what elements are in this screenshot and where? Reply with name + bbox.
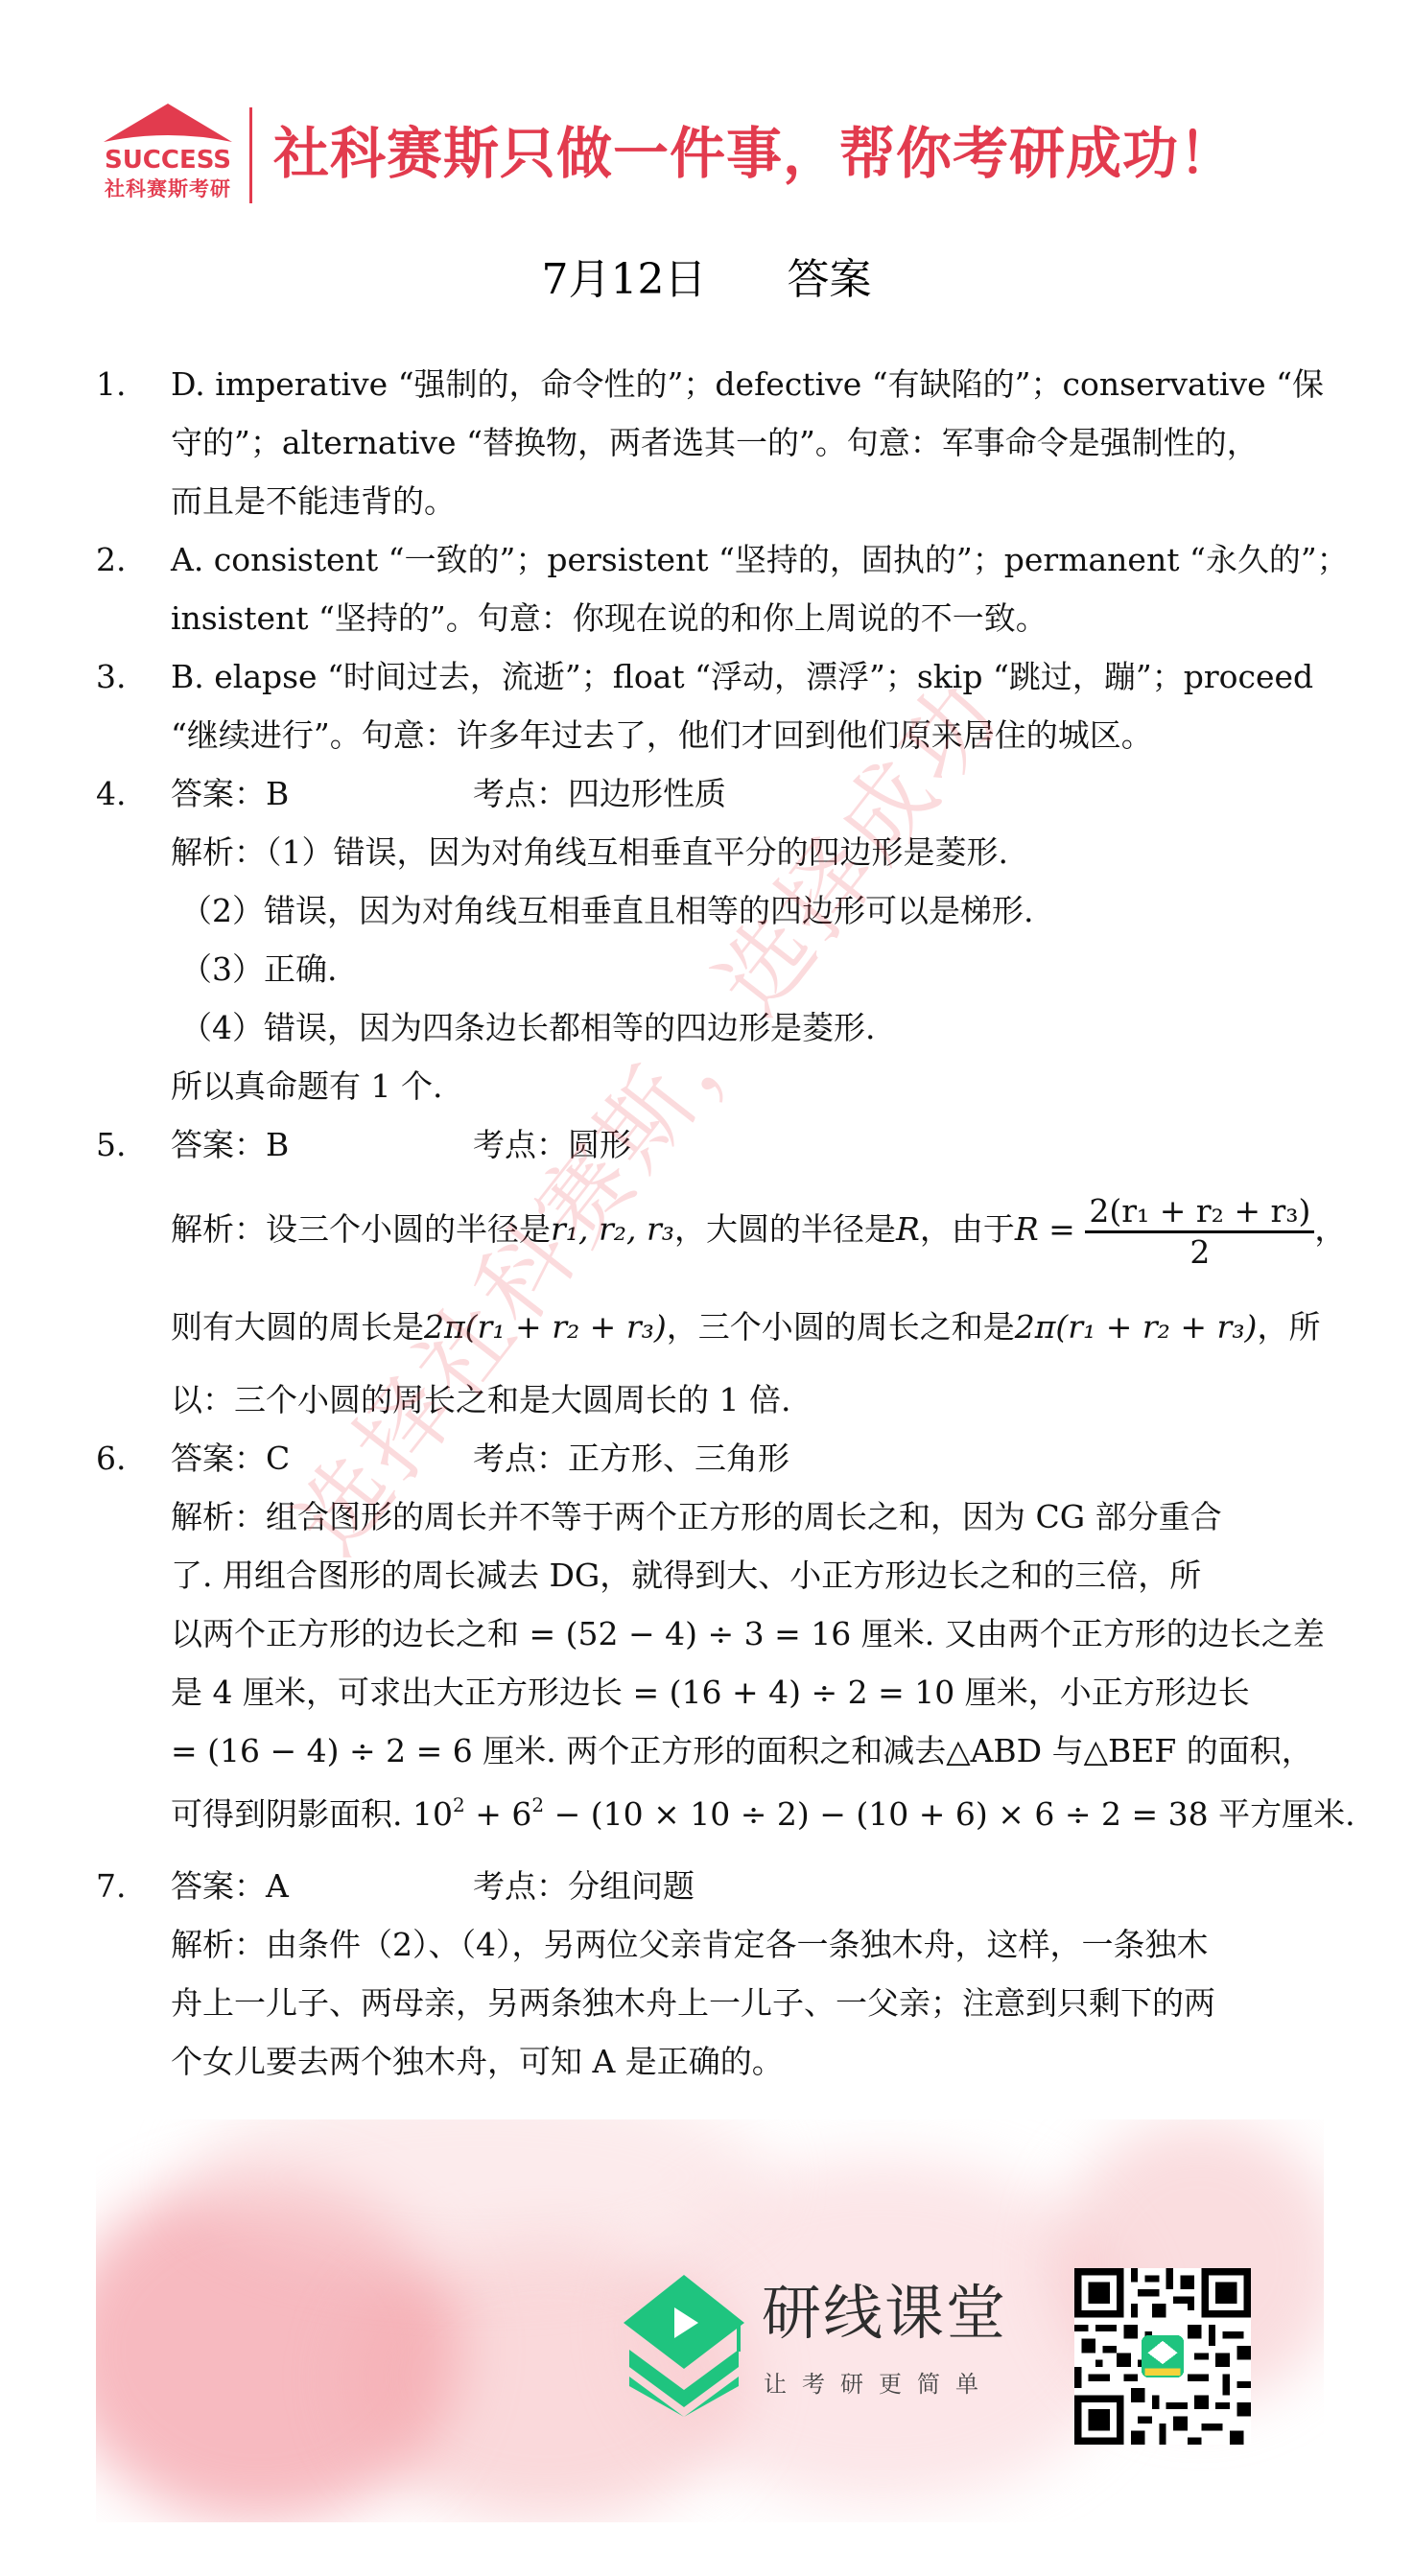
item-number: 6. bbox=[96, 1429, 127, 1487]
fraction-denominator: 2 bbox=[1085, 1233, 1314, 1272]
answer-choice: 答案：B bbox=[171, 764, 473, 823]
explanation-text: + 6 bbox=[465, 1795, 532, 1833]
explanation-text: （2）错误，因为对角线互相垂直且相等的四边形可以是梯形. bbox=[171, 881, 1329, 940]
explanation-text: 则有大圆的周长是 bbox=[171, 1308, 424, 1346]
explanation-text: （4）错误，因为四条边长都相等的四边形是菱形. bbox=[171, 998, 1329, 1057]
explanation-text: ，由于 bbox=[920, 1210, 1015, 1248]
answer-choice: 答案：A bbox=[171, 1857, 473, 1915]
explanation-text: = (16 − 4) ÷ 2 = 6 厘米. 两个正方形的面积之和减去△ABD … bbox=[171, 1721, 1329, 1780]
answer-header-row: 答案：B 考点：圆形 bbox=[171, 1115, 1329, 1174]
answer-item-4: 4. 答案：B 考点：四边形性质 解析：（1）错误，因为对角线互相垂直平分的四边… bbox=[96, 764, 1329, 1115]
answer-choice: 答案：B bbox=[171, 1115, 473, 1174]
math-expression: 2π(r₁ + r₂ + r₃) bbox=[1015, 1308, 1258, 1346]
answer-header-row: 答案：A 考点：分组问题 bbox=[171, 1857, 1329, 1915]
explanation-text: 解析：由条件（2）、（4），另两位父亲肯定各一条独木舟，这样，一条独木 bbox=[171, 1915, 1329, 1974]
explanation-text: ， bbox=[1314, 1210, 1346, 1248]
item-number: 5. bbox=[96, 1115, 127, 1174]
logo-text-en: SUCCESS bbox=[96, 146, 240, 175]
answer-header-row: 答案：B 考点：四边形性质 bbox=[171, 764, 1329, 823]
explanation-text: 所以真命题有 1 个. bbox=[171, 1057, 1329, 1115]
answer-topic: 考点：正方形、三角形 bbox=[473, 1429, 789, 1487]
fraction-numerator: 2(r₁ + r₂ + r₃) bbox=[1085, 1192, 1314, 1233]
explanation-formula-line: 解析：设三个小圆的半径是r₁, r₂, r₃，大圆的半径是R，由于R = 2(r… bbox=[171, 1174, 1329, 1284]
page-header: SUCCESS 社科赛斯考研 社科赛斯只做一件事，帮你考研成功！ bbox=[0, 0, 1413, 221]
answer-topic: 考点：分组问题 bbox=[473, 1857, 695, 1915]
answer-item-3: 3. B. elapse “时间过去，流逝”；float “浮动，漂浮”；ski… bbox=[96, 647, 1329, 764]
header-divider bbox=[249, 107, 252, 203]
math-expression: 2π(r₁ + r₂ + r₃) bbox=[424, 1308, 667, 1346]
math-variable: R bbox=[896, 1210, 920, 1248]
explanation-text: ，所 bbox=[1257, 1308, 1320, 1346]
item-number: 2. bbox=[96, 530, 127, 589]
answer-item-7: 7. 答案：A 考点：分组问题 解析：由条件（2）、（4），另两位父亲肯定各一条… bbox=[96, 1857, 1329, 2091]
answer-choice: 答案：C bbox=[171, 1429, 473, 1487]
graduation-stack-icon bbox=[622, 2273, 746, 2417]
math-equation: R = bbox=[1015, 1210, 1075, 1248]
explanation-text: − (10 × 10 ÷ 2) − (10 + 6) × 6 ÷ 2 = 38 … bbox=[544, 1795, 1354, 1833]
explanation-text: 了. 用组合图形的周长减去 DG，就得到大、小正方形边长之和的三倍，所 bbox=[171, 1546, 1329, 1604]
header-slogan: 社科赛斯只做一件事，帮你考研成功！ bbox=[273, 115, 1236, 192]
exponent: 2 bbox=[453, 1793, 465, 1816]
item-number: 3. bbox=[96, 647, 127, 706]
answer-item-6: 6. 答案：C 考点：正方形、三角形 解析：组合图形的周长并不等于两个正方形的周… bbox=[96, 1429, 1329, 1849]
answer-topic: 考点：圆形 bbox=[473, 1115, 631, 1174]
footer-brand: 研线课堂 让考研更简单 bbox=[622, 2273, 1063, 2417]
answer-text: B. elapse “时间过去，流逝”；float “浮动，漂浮”；skip “… bbox=[171, 647, 1329, 706]
explanation-equation-line: 可得到阴影面积. 102 + 62 − (10 × 10 ÷ 2) − (10 … bbox=[171, 1780, 1329, 1849]
explanation-text: 舟上一儿子、两母亲，另两条独木舟上一儿子、一父亲；注意到只剩下的两 bbox=[171, 1974, 1329, 2032]
explanation-text: 解析：（1）错误，因为对角线互相垂直平分的四边形是菱形. bbox=[171, 823, 1329, 881]
answer-text: A. consistent “一致的”；persistent “坚持的，固执的”… bbox=[171, 530, 1329, 589]
answer-item-1: 1. D. imperative “强制的，命令性的”；defective “有… bbox=[96, 355, 1329, 530]
explanation-text: 以：三个小圆的周长之和是大圆周长的 1 倍. bbox=[171, 1370, 1329, 1429]
answer-text: D. imperative “强制的，命令性的”；defective “有缺陷的… bbox=[171, 355, 1329, 413]
math-fraction: 2(r₁ + r₂ + r₃) 2 bbox=[1085, 1192, 1314, 1272]
explanation-text: 可得到阴影面积. 10 bbox=[171, 1795, 453, 1833]
explanation-text: 是 4 厘米，可求出大正方形边长 = (16 + 4) ÷ 2 = 10 厘米，… bbox=[171, 1663, 1329, 1721]
item-number: 7. bbox=[96, 1857, 127, 1915]
exponent: 2 bbox=[531, 1793, 544, 1816]
answer-header-row: 答案：C 考点：正方形、三角形 bbox=[171, 1429, 1329, 1487]
brand-tagline: 让考研更简单 bbox=[764, 2365, 994, 2399]
item-number: 1. bbox=[96, 355, 127, 413]
roof-icon bbox=[104, 104, 232, 146]
explanation-text: （3）正确. bbox=[171, 940, 1329, 998]
explanation-text: 解析：设三个小圆的半径是 bbox=[171, 1210, 551, 1248]
qr-code-icon bbox=[1074, 2268, 1251, 2445]
brand-name: 研线课堂 bbox=[762, 2275, 1007, 2352]
explanation-line: 则有大圆的周长是2π(r₁ + r₂ + r₃)，三个小圆的周长之和是2π(r₁… bbox=[171, 1284, 1329, 1370]
explanation-text: ，大圆的半径是 bbox=[674, 1210, 896, 1248]
logo-text-cn: 社科赛斯考研 bbox=[96, 176, 240, 201]
answer-item-2: 2. A. consistent “一致的”；persistent “坚持的，固… bbox=[96, 530, 1329, 647]
explanation-text: 个女儿要去两个独木舟，可知 A 是正确的。 bbox=[171, 2032, 1329, 2091]
success-logo: SUCCESS 社科赛斯考研 bbox=[96, 104, 240, 209]
answer-topic: 考点：四边形性质 bbox=[473, 764, 726, 823]
answer-item-5: 5. 答案：B 考点：圆形 解析：设三个小圆的半径是r₁, r₂, r₃，大圆的… bbox=[96, 1115, 1329, 1429]
qr-code[interactable] bbox=[1074, 2268, 1251, 2445]
page-title: 7月12日 答案 bbox=[0, 251, 1413, 309]
explanation-text: 以两个正方形的边长之和 = (52 − 4) ÷ 3 = 16 厘米. 又由两个… bbox=[171, 1604, 1329, 1663]
answer-text: “继续进行”。句意：许多年过去了，他们才回到他们原来居住的城区。 bbox=[171, 706, 1329, 764]
answer-text: 而且是不能违背的。 bbox=[171, 472, 1329, 530]
answer-text: 守的”；alternative “替换物，两者选其一的”。句意：军事命令是强制性… bbox=[171, 413, 1329, 472]
math-variables: r₁, r₂, r₃ bbox=[551, 1210, 674, 1248]
explanation-text: 解析：组合图形的周长并不等于两个正方形的周长之和，因为 CG 部分重合 bbox=[171, 1487, 1329, 1546]
item-number: 4. bbox=[96, 764, 127, 823]
answer-list: 1. D. imperative “强制的，命令性的”；defective “有… bbox=[96, 355, 1329, 2091]
answer-text: insistent “坚持的”。句意：你现在说的和你上周说的不一致。 bbox=[171, 589, 1329, 647]
explanation-text: ，三个小圆的周长之和是 bbox=[667, 1308, 1015, 1346]
